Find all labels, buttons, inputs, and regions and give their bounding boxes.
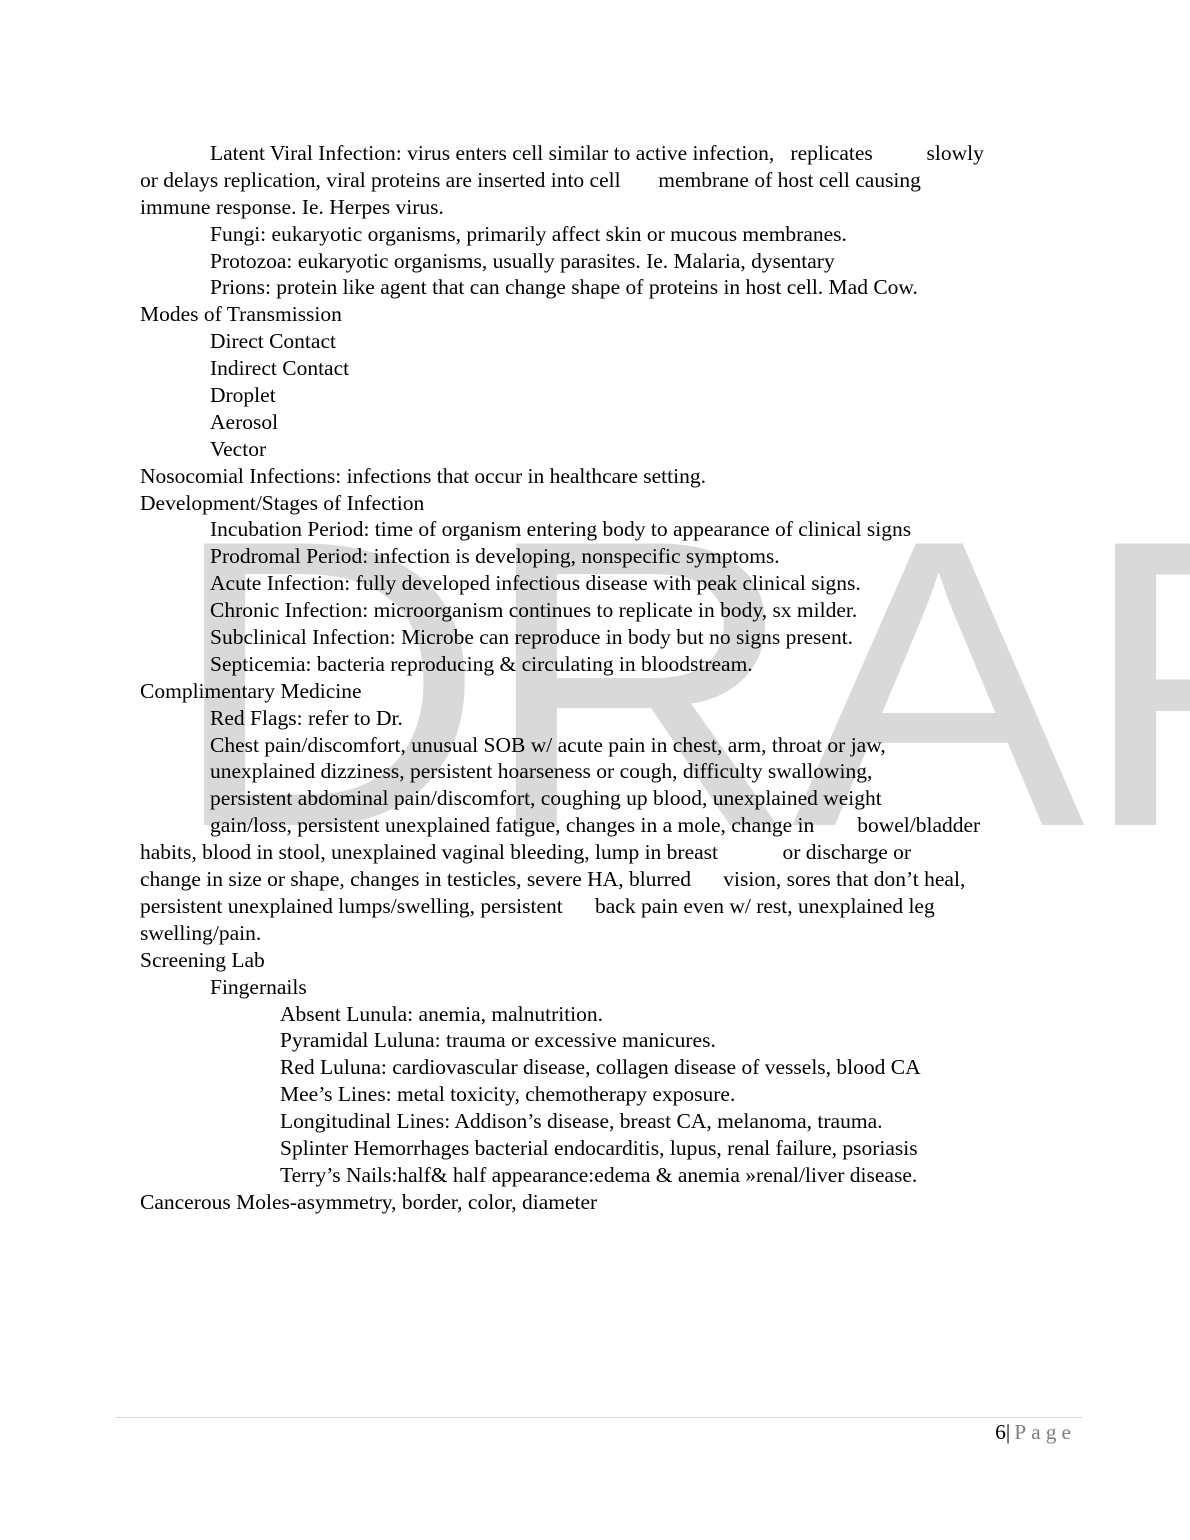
text-line: Cancerous Moles-asymmetry, border, color… (140, 1189, 1050, 1216)
text-line: Screening Lab (140, 947, 1050, 974)
page-label: Page (1014, 1420, 1076, 1444)
nested-text-line: Pyramidal Luluna: trauma or excessive ma… (140, 1027, 1050, 1054)
indented-text-line: Vector (140, 436, 1050, 463)
nested-text-line: Splinter Hemorrhages bacterial endocardi… (140, 1135, 1050, 1162)
nested-text-line: Mee’s Lines: metal toxicity, chemotherap… (140, 1081, 1050, 1108)
indented-text-line: Protozoa: eukaryotic organisms, usually … (140, 248, 1050, 275)
indented-text-line: Incubation Period: time of organism ente… (140, 516, 1050, 543)
nested-text-line: Longitudinal Lines: Addison’s disease, b… (140, 1108, 1050, 1135)
text-line: swelling/pain. (140, 920, 1050, 947)
text-line: change in size or shape, changes in test… (140, 866, 1050, 893)
text-line: or delays replication, viral proteins ar… (140, 167, 1050, 194)
indented-text-line: Droplet (140, 382, 1050, 409)
indented-text-line: gain/loss, persistent unexplained fatigu… (140, 812, 1050, 839)
indented-text-line: Indirect Contact (140, 355, 1050, 382)
indented-text-line: Prions: protein like agent that can chan… (140, 274, 1050, 301)
document-body: Latent Viral Infection: virus enters cel… (140, 140, 1050, 1216)
nested-text-line: Terry’s Nails:half& half appearance:edem… (140, 1162, 1050, 1189)
text-line: Nosocomial Infections: infections that o… (140, 463, 1050, 490)
page-footer: 6|Page (995, 1420, 1076, 1445)
indented-text-line: persistent abdominal pain/discomfort, co… (140, 785, 1050, 812)
page-number: 6 (995, 1420, 1006, 1444)
text-line: persistent unexplained lumps/swelling, p… (140, 893, 1050, 920)
indented-text-line: Aerosol (140, 409, 1050, 436)
indented-text-line: Latent Viral Infection: virus enters cel… (140, 140, 1050, 167)
footer-separator: | (1006, 1420, 1010, 1444)
indented-text-line: Fungi: eukaryotic organisms, primarily a… (140, 221, 1050, 248)
indented-text-line: Septicemia: bacteria reproducing & circu… (140, 651, 1050, 678)
nested-text-line: Absent Lunula: anemia, malnutrition. (140, 1001, 1050, 1028)
indented-text-line: Subclinical Infection: Microbe can repro… (140, 624, 1050, 651)
indented-text-line: Direct Contact (140, 328, 1050, 355)
indented-text-line: Prodromal Period: infection is developin… (140, 543, 1050, 570)
text-line: Modes of Transmission (140, 301, 1050, 328)
text-line: Complimentary Medicine (140, 678, 1050, 705)
footer-divider (116, 1417, 1082, 1418)
text-line: immune response. Ie. Herpes virus. (140, 194, 1050, 221)
nested-text-line: Red Luluna: cardiovascular disease, coll… (140, 1054, 1050, 1081)
indented-text-line: Acute Infection: fully developed infecti… (140, 570, 1050, 597)
indented-text-line: Fingernails (140, 974, 1050, 1001)
indented-text-line: Chronic Infection: microorganism continu… (140, 597, 1050, 624)
indented-text-line: Red Flags: refer to Dr. (140, 705, 1050, 732)
text-line: habits, blood in stool, unexplained vagi… (140, 839, 1050, 866)
indented-text-line: unexplained dizziness, persistent hoarse… (140, 758, 1050, 785)
indented-text-line: Chest pain/discomfort, unusual SOB w/ ac… (140, 732, 1050, 759)
text-line: Development/Stages of Infection (140, 490, 1050, 517)
